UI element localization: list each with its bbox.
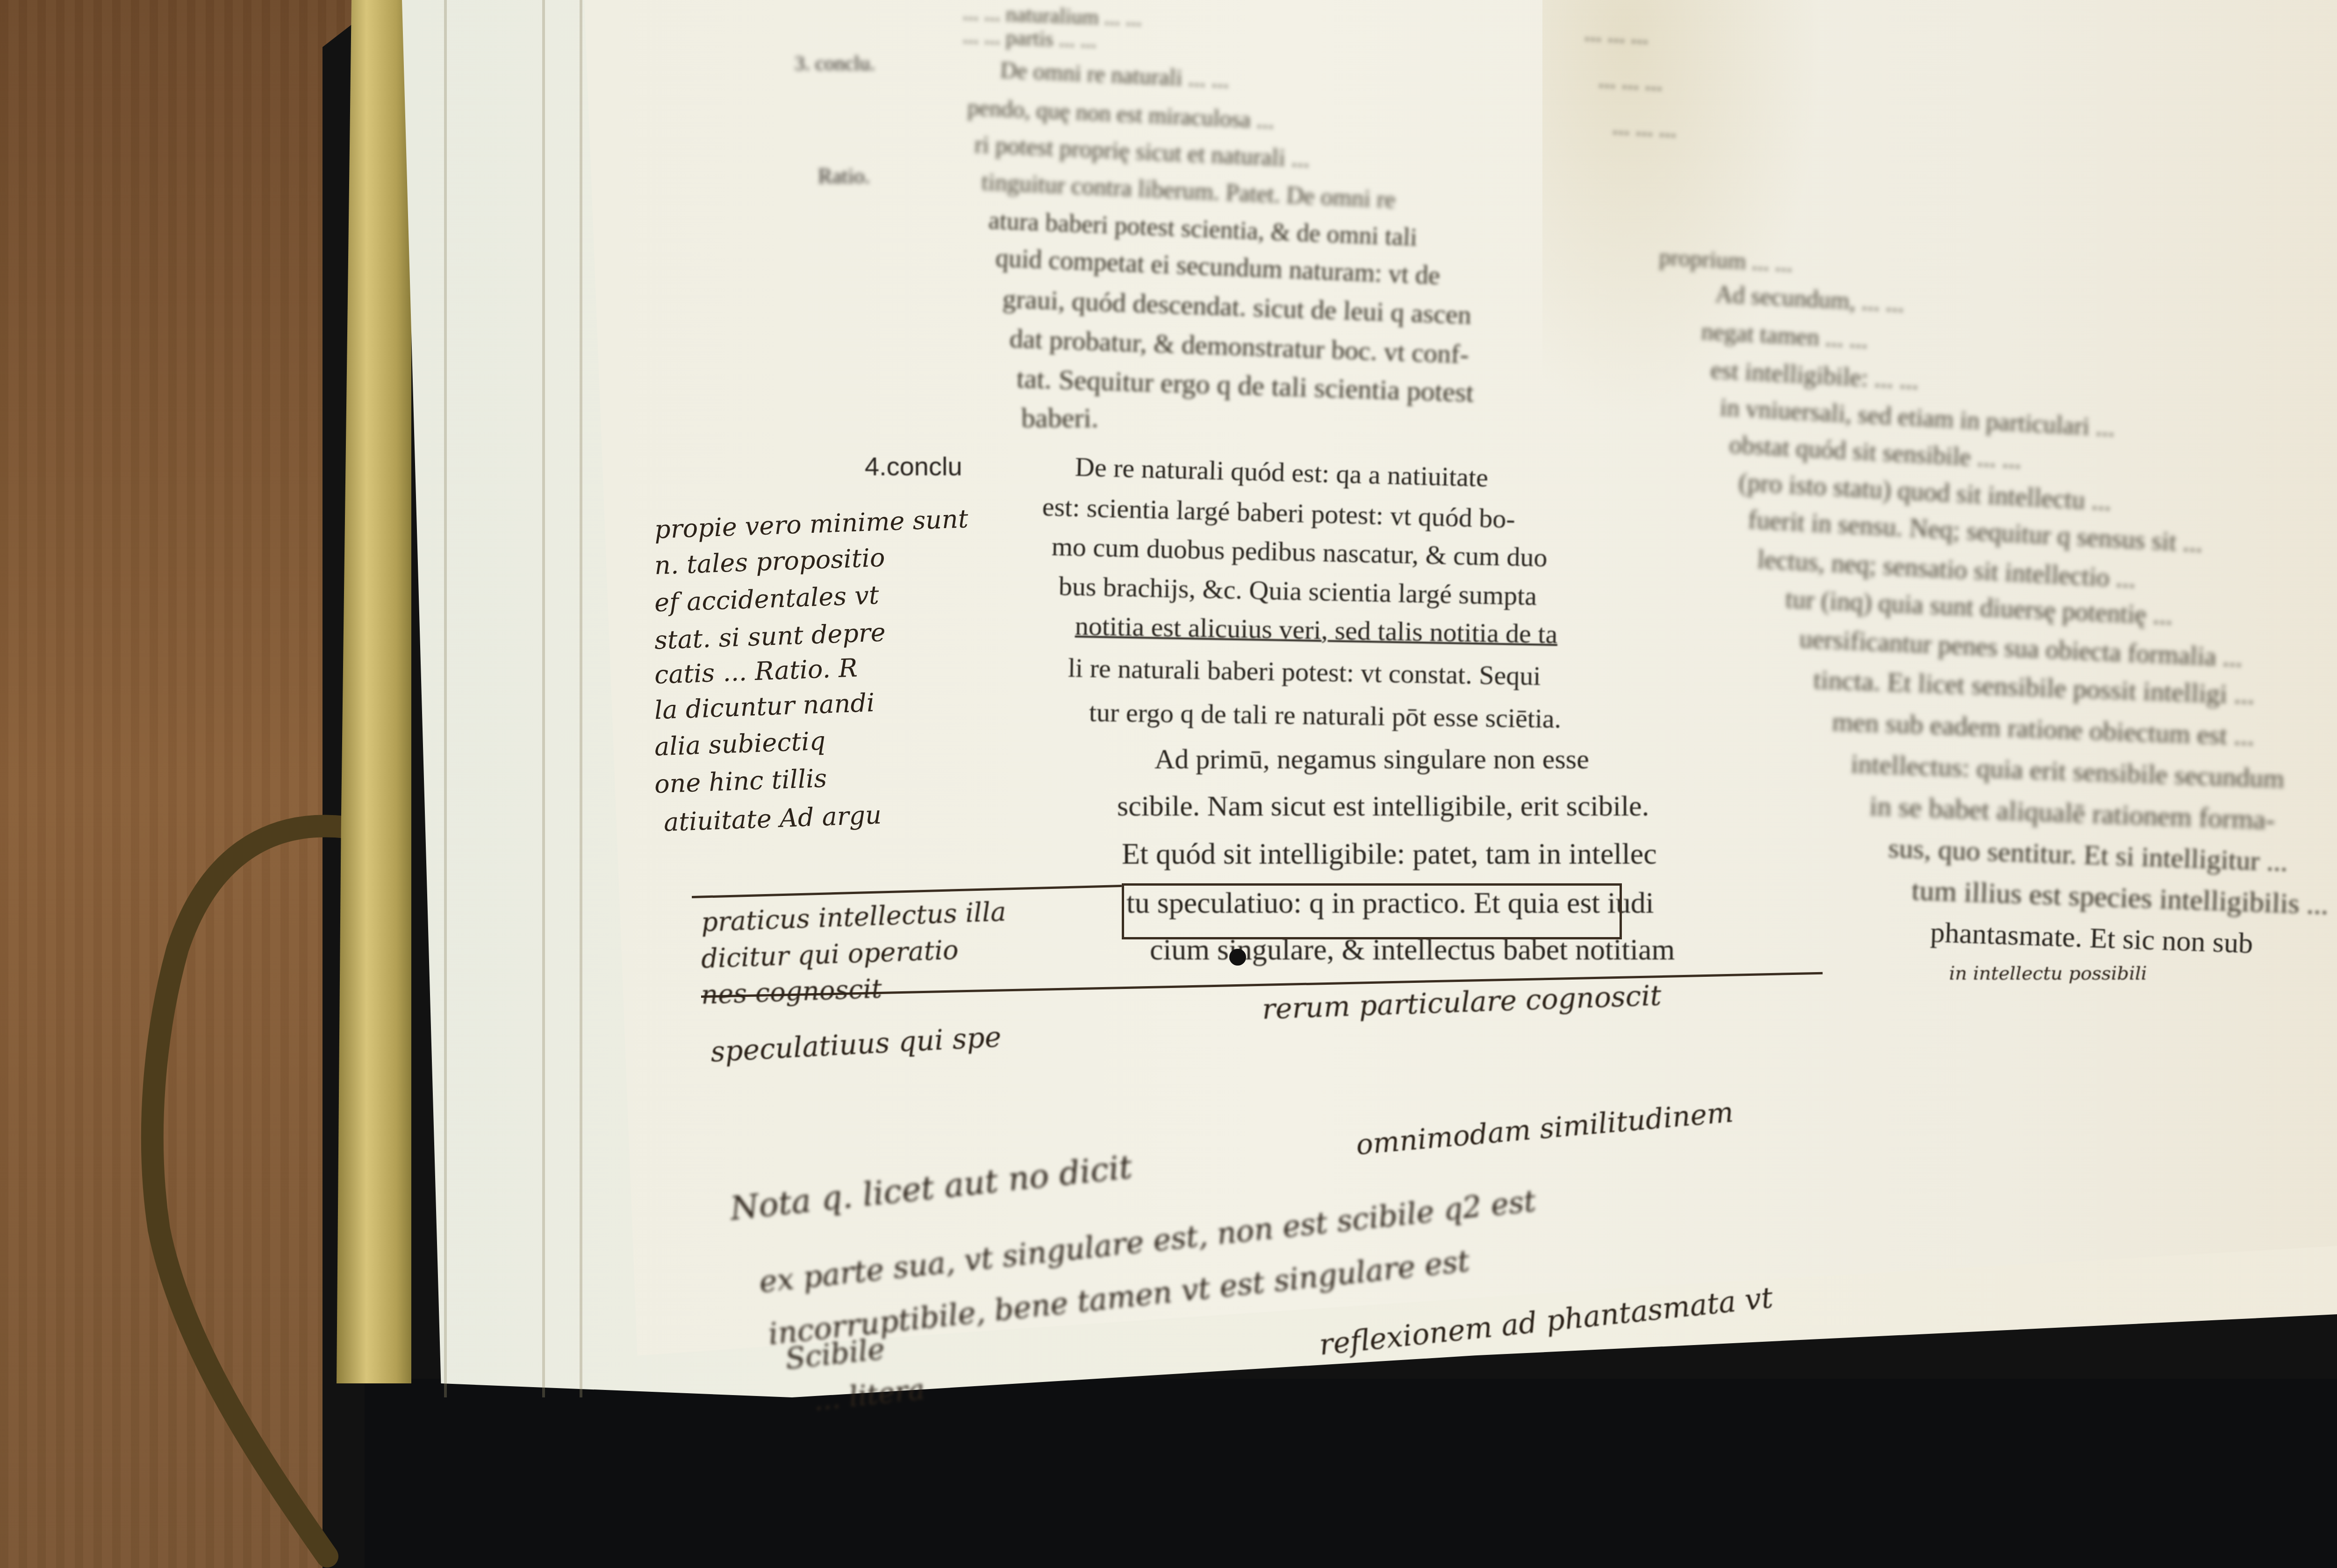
handwritten-margin-line: one hinc tillis xyxy=(654,764,827,799)
handwritten-boxed-line: nes cognoscit xyxy=(701,974,882,1010)
printed-line: ... ... partis ... ... xyxy=(962,23,1097,53)
margin-label-conclusion-3: 3. conclu. xyxy=(795,51,875,75)
handwritten-margin-line: alia subiectiq xyxy=(654,726,826,762)
ink-blot xyxy=(1229,949,1246,966)
margin-label-ratio: Ratio. xyxy=(818,164,870,188)
printed-line-right: ... ... ... xyxy=(1612,112,1677,143)
page-curl-highlight xyxy=(1542,0,1823,421)
page-edge-line xyxy=(444,0,447,1397)
printed-line: Ad primū, negamus singulare non esse xyxy=(1154,743,1589,775)
printed-line-right: ... ... ... xyxy=(1584,19,1649,49)
printed-line: tur ergo q de tali re naturali pōt esse … xyxy=(1089,696,1562,734)
page-edge-line xyxy=(542,0,545,1397)
printed-line: baberi. xyxy=(1021,402,1098,434)
ink-box-annotation xyxy=(1122,883,1622,939)
margin-label-conclusion-4: 4.conclu xyxy=(865,451,962,481)
printed-line: scibile. Nam sicut est intelligibile, er… xyxy=(1117,790,1649,823)
page-edge-line xyxy=(580,0,582,1397)
book-cover-bottom xyxy=(365,1379,2337,1568)
handwritten-note-right: in intellectu possibili xyxy=(1949,963,2147,984)
printed-line: Et quód sit intelligibile: patet, tam in… xyxy=(1122,837,1657,871)
printed-line-right: ... ... ... xyxy=(1598,65,1663,96)
